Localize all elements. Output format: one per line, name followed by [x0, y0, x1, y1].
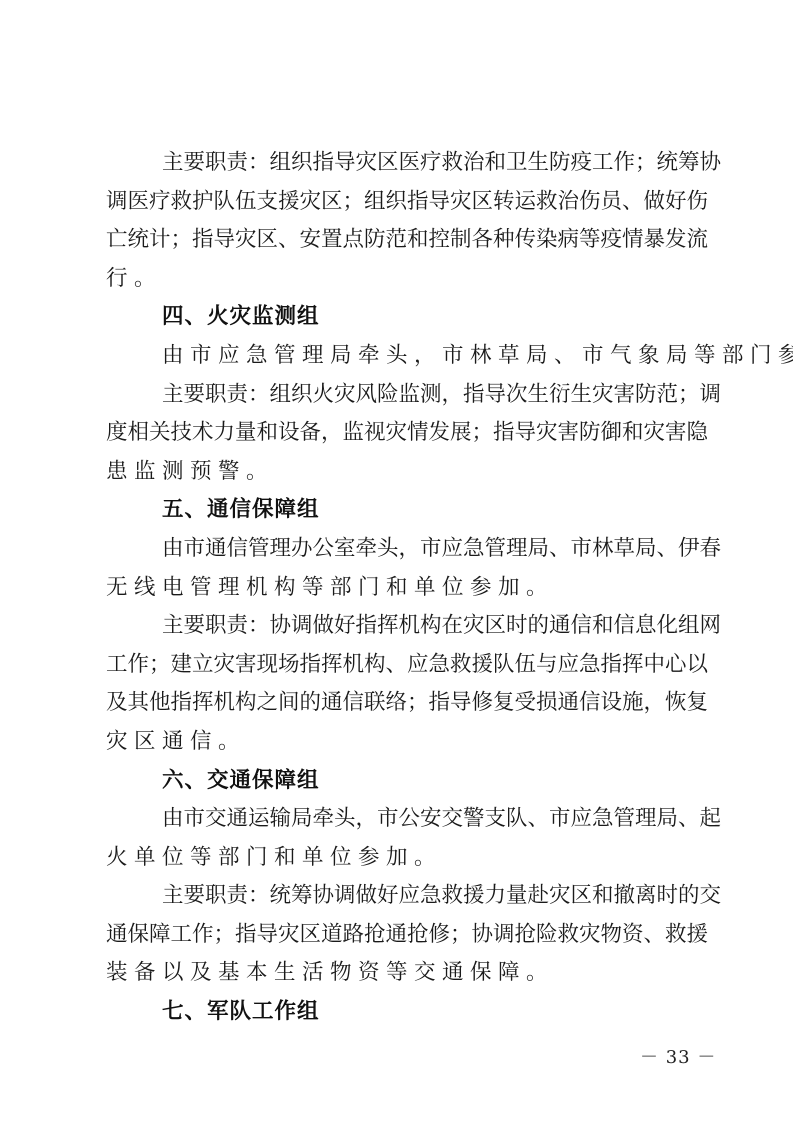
page-number: － 33 － — [640, 1043, 716, 1069]
paragraph-line: 主要职责：组织火灾风险监测，指导次生衍生灾害防范；调 — [106, 376, 694, 415]
paragraph-line: 通保障工作；指导灾区道路抢通抢修；协调抢险救灾物资、救援 — [106, 916, 694, 955]
section-heading-fire-monitoring: 四、火灾监测组 — [106, 298, 694, 337]
paragraph-line: 主要职责：组织指导灾区医疗救治和卫生防疫工作；统筹协 — [106, 144, 694, 183]
paragraph-line: 工作；建立灾害现场指挥机构、应急救援队伍与应急指挥中心以 — [106, 646, 694, 685]
paragraph-line: 患监测预警。 — [106, 453, 694, 492]
paragraph-line: 主要职责：统筹协调做好应急救援力量赴灾区和撤离时的交 — [106, 877, 694, 916]
paragraph-line: 亡统计；指导灾区、安置点防范和控制各种传染病等疫情暴发流 — [106, 221, 694, 260]
section-heading-military: 七、军队工作组 — [106, 993, 694, 1032]
paragraph-line: 主要职责：协调做好指挥机构在灾区时的通信和信息化组网 — [106, 607, 694, 646]
paragraph-line: 由市交通运输局牵头，市公安交警支队、市应急管理局、起 — [106, 800, 694, 839]
paragraph-line: 由市通信管理办公室牵头，市应急管理局、市林草局、伊春 — [106, 530, 694, 569]
paragraph-line: 行。 — [106, 260, 694, 299]
document-page: 主要职责：组织指导灾区医疗救治和卫生防疫工作；统筹协 调医疗救护队伍支援灾区；组… — [0, 0, 793, 1122]
paragraph-line: 度相关技术力量和设备，监视灾情发展；指导灾害防御和灾害隐 — [106, 414, 694, 453]
paragraph-line: 灾区通信。 — [106, 723, 694, 762]
paragraph-line: 调医疗救护队伍支援灾区；组织指导灾区转运救治伤员、做好伤 — [106, 183, 694, 222]
section-heading-communication: 五、通信保障组 — [106, 491, 694, 530]
section-heading-transport: 六、交通保障组 — [106, 762, 694, 801]
paragraph-line: 及其他指挥机构之间的通信联络；指导修复受损通信设施，恢复 — [106, 684, 694, 723]
paragraph-line: 装备以及基本生活物资等交通保障。 — [106, 954, 694, 993]
document-body: 主要职责：组织指导灾区医疗救治和卫生防疫工作；统筹协 调医疗救护队伍支援灾区；组… — [106, 144, 694, 1032]
paragraph-line: 由市应急管理局牵头，市林草局、市气象局等部门参加。 — [106, 337, 694, 376]
paragraph-line: 无线电管理机构等部门和单位参加。 — [106, 569, 694, 608]
paragraph-line: 火单位等部门和单位参加。 — [106, 839, 694, 878]
